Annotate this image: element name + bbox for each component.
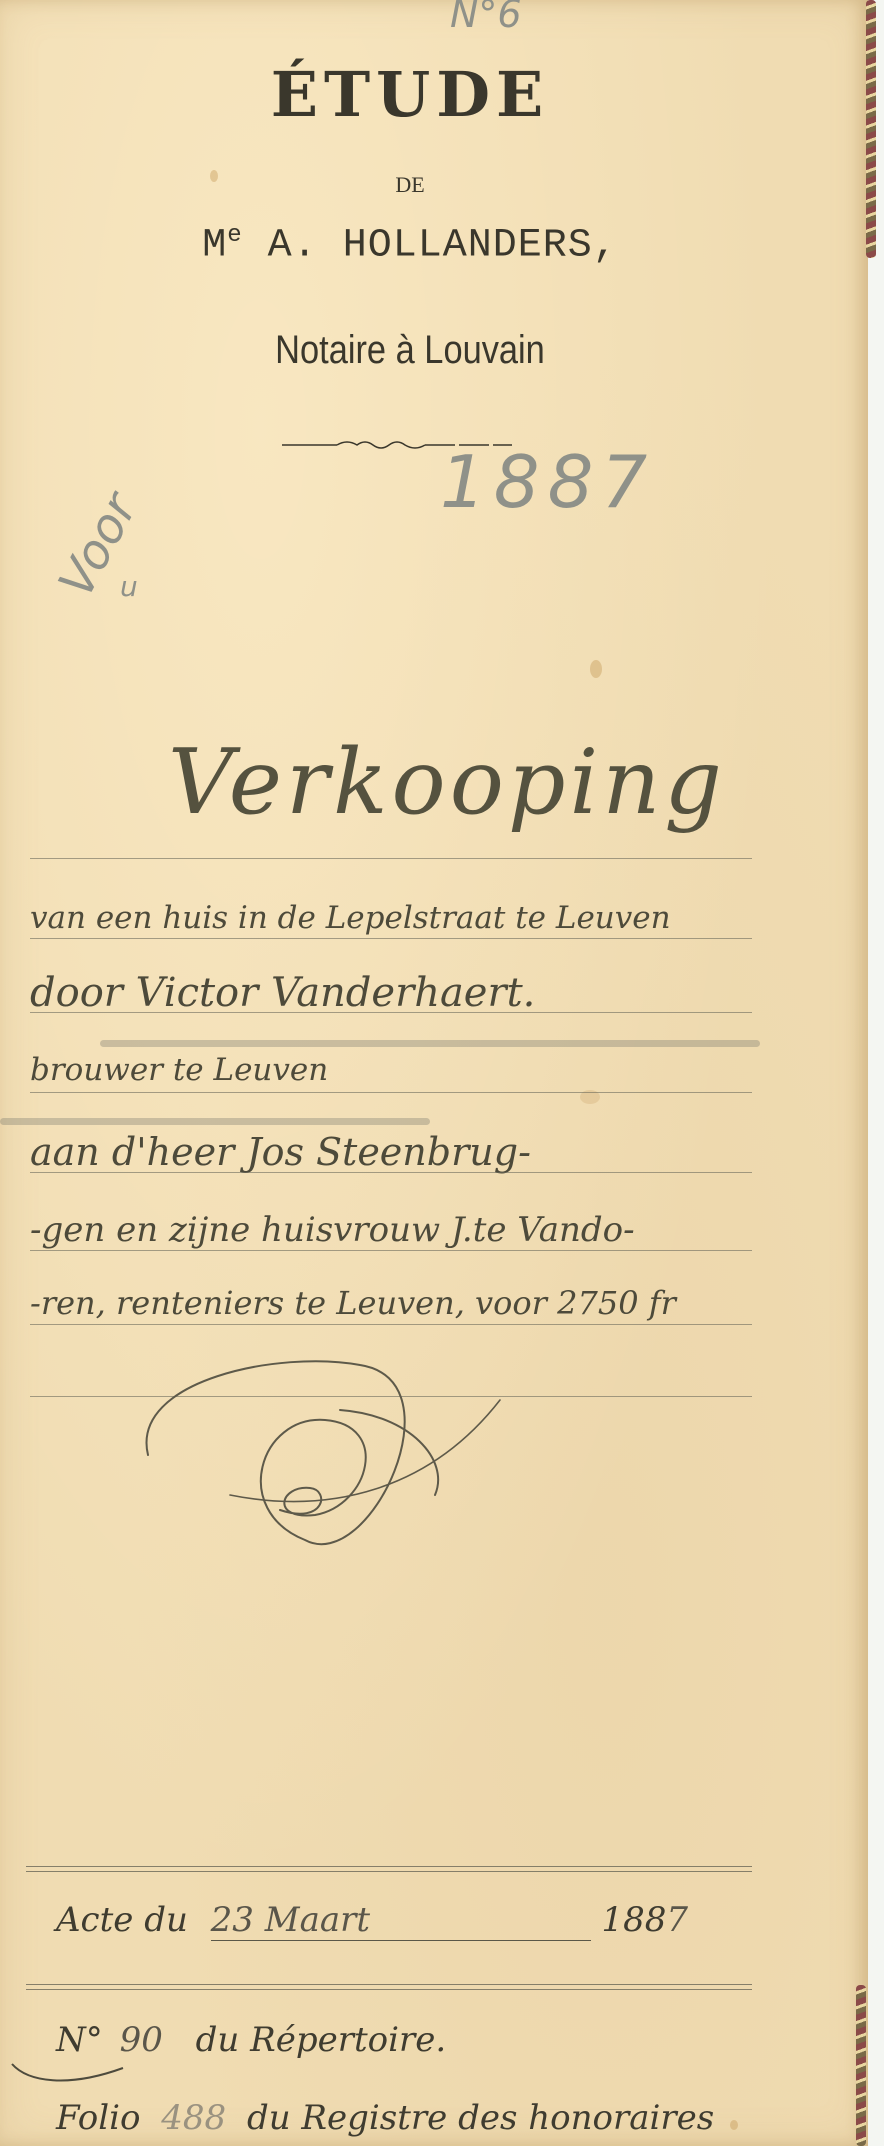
paraph-flourish-icon [130,1340,650,1560]
notary-name: Me A. HOLLANDERS, [0,222,820,268]
acte-date-field: 23 Maart [211,1900,591,1941]
pencil-year: 1887 [440,440,655,524]
ruled-line [30,1172,752,1173]
deed-line-6: -ren, renteniers te Leuven, voor 2750 fr [30,1284,676,1322]
deed-title: Verkooping [168,730,726,835]
header-de: DE [0,172,820,198]
folio-label: Folio [56,2098,140,2138]
double-rule [26,1984,752,1990]
acte-date-month: Maart [265,1900,370,1940]
notary-prefix-sup: e [227,222,242,249]
pencil-strike [0,1118,430,1125]
swash-stroke-icon [8,2060,128,2090]
ruled-line [30,1250,752,1251]
ruled-line [30,858,752,859]
repertoire-row: N° 90 du Répertoire. [56,2020,446,2060]
foxing-stain [590,660,602,678]
repertoire-label: du Répertoire. [196,2020,447,2060]
repertoire-number: 90 [120,2020,163,2060]
binding-cord-top [866,0,876,258]
notary-location: Notaire à Louvain [57,328,762,373]
pencil-archive-number: N°6 [450,0,522,36]
document-page: N°6 ÉTUDE DE Me A. HOLLANDERS, Notaire à… [0,0,868,2146]
binding-cord-bottom [856,1985,866,2146]
header-title: ÉTUDE [0,58,820,131]
double-rule [26,1866,752,1872]
acte-year: 1887 [601,1900,688,1940]
acte-date-day: 23 [211,1900,254,1940]
ruled-line [30,1092,752,1093]
acte-date-row: Acte du 23 Maart 1887 [56,1900,688,1941]
folio-number: 488 [161,2098,226,2138]
ruled-line [30,1012,752,1013]
ruled-line [30,938,752,939]
deed-line-5: -gen en zijne huisvrouw J.te Vando- [30,1210,635,1250]
notary-prefix: M [202,223,227,268]
acte-year-prefix: 188 [601,1900,666,1940]
deed-line-2: door Victor Vanderhaert. [30,970,535,1016]
deed-line-3: brouwer te Leuven [30,1052,328,1088]
folio-suffix: du Registre des honoraires [247,2098,714,2138]
ruled-line [30,1324,752,1325]
folio-row: Folio 488 du Registre des honoraires [56,2098,714,2138]
foxing-stain [730,2120,738,2130]
pencil-note-small: u [120,570,138,603]
notary-name-text: A. HOLLANDERS, [243,223,618,268]
repertoire-prefix: N° [56,2020,103,2060]
acte-year-suffix: 7 [666,1900,688,1940]
pencil-strike [100,1040,760,1047]
deed-line-1: van een huis in de Lepelstraat te Leuven [30,900,671,936]
deed-line-4: aan d'heer Jos Steenbrug- [30,1130,531,1174]
acte-label: Acte du [56,1900,188,1940]
